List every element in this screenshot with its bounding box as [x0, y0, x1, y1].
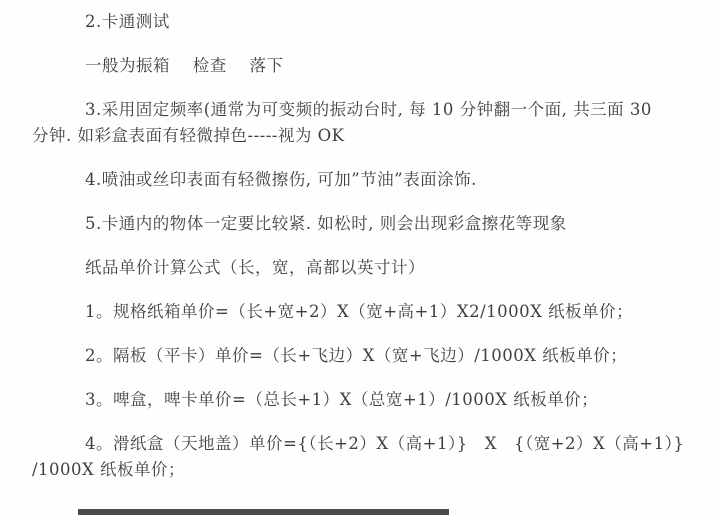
text-line: 分钟. 如彩盒表面有轻微掉色-----视为 OK	[32, 123, 670, 149]
text-line: 纸品单价计算公式（长，宽，高都以英寸计）	[32, 255, 670, 281]
paragraph: 1。规格纸箱单价=（长+宽+2）X（宽+高+1）X2/1000X 纸板单价；	[32, 299, 670, 325]
paragraph: 3。啤盒，啤卡单价=（总长+1）X（总宽+1）/1000X 纸板单价；	[32, 387, 670, 413]
paragraph: 5.卡通内的物体一定要比较紧. 如松时, 则会出现彩盒擦花等现象	[32, 211, 670, 237]
paragraph: 3.采用固定频率(通常为可变频的振动台时, 每 10 分钟翻一个面, 共三面 3…	[32, 97, 670, 149]
text-line: /1000X 纸板单价；	[32, 457, 670, 483]
text-line: 4。滑纸盒（天地盖）单价={（长+2）X（高+1）} X {（宽+2）X（高+1…	[32, 431, 670, 457]
paragraph: 4.喷油或丝印表面有轻微擦伤, 可加”节油”表面涂饰.	[32, 167, 670, 193]
text-line: 2。隔板（平卡）单价=（长+飞边）X（宽+飞边）/1000X 纸板单价；	[32, 343, 670, 369]
text-line: 5.卡通内的物体一定要比较紧. 如松时, 则会出现彩盒擦花等现象	[32, 211, 670, 237]
text-line: 一般为振箱 检查 落下	[32, 53, 670, 79]
document-page: 2.卡通测试一般为振箱 检查 落下3.采用固定频率(通常为可变频的振动台时, 每…	[0, 0, 720, 515]
text-line: 2.卡通测试	[32, 9, 670, 35]
paragraph: 一般为振箱 检查 落下	[32, 53, 670, 79]
text-line: 3。啤盒，啤卡单价=（总长+1）X（总宽+1）/1000X 纸板单价；	[32, 387, 670, 413]
paragraph: 2.卡通测试	[32, 9, 670, 35]
text-line: 4.喷油或丝印表面有轻微擦伤, 可加”节油”表面涂饰.	[32, 167, 670, 193]
text-line: 1。规格纸箱单价=（长+宽+2）X（宽+高+1）X2/1000X 纸板单价；	[32, 299, 670, 325]
paragraph: 纸品单价计算公式（长，宽，高都以英寸计）	[32, 255, 670, 281]
paragraph: 4。滑纸盒（天地盖）单价={（长+2）X（高+1）} X {（宽+2）X（高+1…	[32, 431, 670, 483]
bottom-partial-element	[78, 509, 449, 515]
document-body: 2.卡通测试一般为振箱 检查 落下3.采用固定频率(通常为可变频的振动台时, 每…	[32, 9, 670, 483]
paragraph: 2。隔板（平卡）单价=（长+飞边）X（宽+飞边）/1000X 纸板单价；	[32, 343, 670, 369]
text-line: 3.采用固定频率(通常为可变频的振动台时, 每 10 分钟翻一个面, 共三面 3…	[32, 97, 670, 123]
